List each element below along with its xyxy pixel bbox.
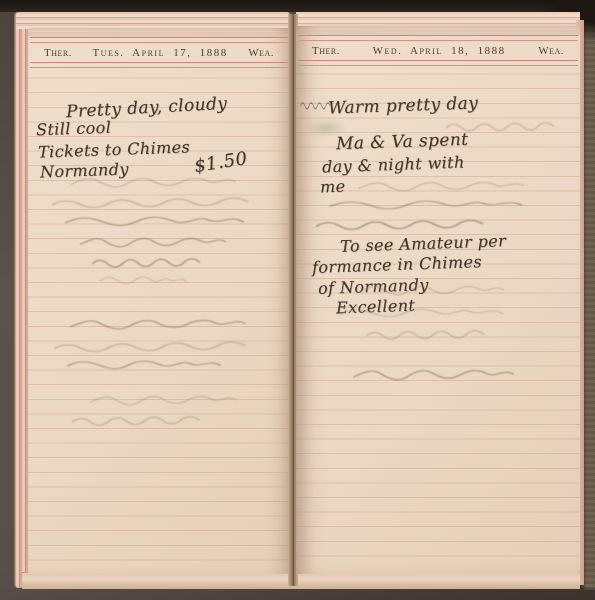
ink-bleedthrough-stroke	[62, 214, 247, 230]
ink-bleedthrough-stroke	[72, 413, 202, 427]
date-label: Tues. April 17, 1888	[92, 47, 227, 59]
diary-photo: Ther. Tues. April 17, 1888 Wea. Pretty d…	[0, 0, 595, 600]
ink-bleedthrough-stroke	[356, 179, 526, 194]
diary-entry-line: me	[320, 177, 346, 197]
ink-bleedthrough-stroke	[366, 327, 486, 341]
ink-bleedthrough-stroke	[316, 217, 486, 232]
ink-bleedthrough-stroke	[78, 235, 228, 250]
ink-bleedthrough-stroke	[98, 275, 188, 288]
ink-bleedthrough-stroke	[64, 359, 224, 374]
page-stack-edge-left	[14, 12, 29, 588]
diary-amount: $1.50	[193, 148, 249, 177]
diary-entry-line: day & night with	[322, 153, 465, 177]
thermometer-label: Ther.	[44, 47, 72, 59]
crossed-out-word	[300, 100, 330, 110]
diary-page-right: Ther. Wed. April 18, 1888 Wea. Warm pret…	[296, 26, 580, 574]
ink-bleedthrough-stroke	[92, 255, 202, 269]
diary-page-left: Ther. Tues. April 17, 1888 Wea. Pretty d…	[28, 28, 290, 574]
ink-bleedthrough-stroke	[356, 283, 506, 298]
page-stack-edge-top-left	[16, 12, 290, 29]
ink-bleedthrough-stroke	[68, 316, 248, 331]
diary-entry-line: Tickets to Chimes	[38, 137, 191, 161]
entry-area: Warm pretty day Ma & Va spent day & nigh…	[296, 60, 580, 570]
diary-entry-line: formance in Chimes	[312, 252, 483, 277]
diary-entry-line: Warm pretty day	[328, 93, 479, 118]
ink-bleedthrough-stroke	[351, 367, 516, 383]
weather-label: Wea.	[538, 45, 564, 57]
printed-page-header: Ther. Tues. April 17, 1888 Wea.	[28, 32, 290, 68]
thermometer-label: Ther.	[312, 45, 340, 57]
ink-bleedthrough-stroke	[52, 194, 252, 209]
ink-bleedthrough-stroke	[326, 198, 526, 213]
weather-label: Wea.	[248, 47, 274, 59]
diary-entry-line: Ma & Va spent	[336, 130, 469, 155]
ink-bleedthrough-stroke	[88, 393, 238, 408]
ink-bleedthrough-stroke	[336, 307, 506, 322]
page-stack-edge-bottom	[22, 572, 580, 589]
entry-area: Pretty day, cloudy Still cool Tickets to…	[28, 64, 290, 570]
ink-bleedthrough-stroke	[446, 119, 556, 133]
diary-entry-line: Still cool	[36, 118, 112, 140]
date-label: Wed. April 18, 1888	[373, 45, 506, 57]
page-stack-edge-top-right	[296, 12, 580, 27]
ink-bleedthrough-stroke	[54, 338, 249, 353]
book-cover-top-edge	[0, 0, 595, 12]
ink-bleedthrough-stroke	[68, 175, 238, 190]
